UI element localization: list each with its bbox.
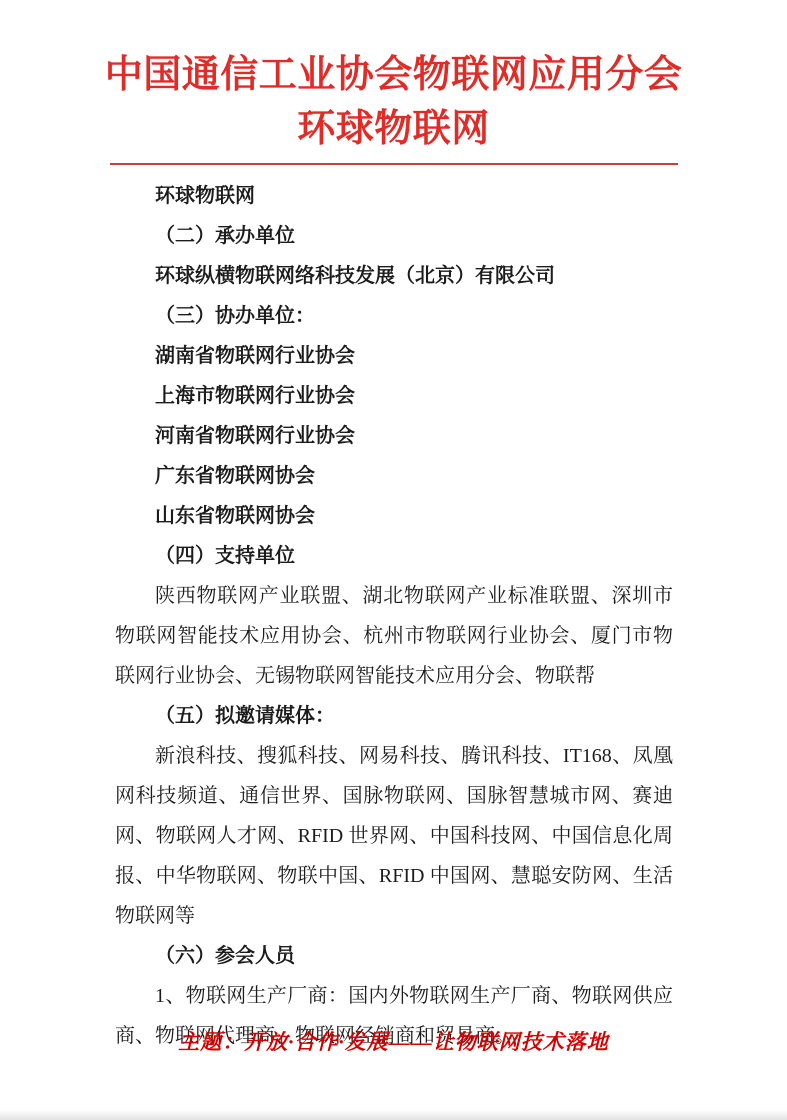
- document-footer: 主题：开放·合作·发展——让物联网技术落地: [0, 1026, 787, 1056]
- section-heading: 山东省物联网协会: [115, 496, 673, 536]
- section-heading: 环球物联网: [115, 176, 673, 216]
- document-body: 环球物联网（二）承办单位环球纵横物联网络科技发展（北京）有限公司（三）协办单位：…: [115, 176, 673, 1056]
- document-title-line2: 环球物联网: [0, 102, 787, 156]
- page-bottom-edge: [0, 1110, 787, 1120]
- section-heading: （五）拟邀请媒体：: [115, 696, 673, 736]
- section-heading: 环球纵横物联网络科技发展（北京）有限公司: [115, 256, 673, 296]
- footer-theme-text: 主题：开放·合作·发展——让物联网技术落地: [178, 1030, 609, 1054]
- section-heading: 广东省物联网协会: [115, 456, 673, 496]
- section-heading: （四）支持单位: [115, 536, 673, 576]
- section-heading: 上海市物联网行业协会: [115, 376, 673, 416]
- section-heading: 湖南省物联网行业协会: [115, 336, 673, 376]
- section-heading: （三）协办单位：: [115, 296, 673, 336]
- document-page: 中国通信工业协会物联网应用分会 环球物联网 环球物联网（二）承办单位环球纵横物联…: [0, 0, 787, 1120]
- section-heading: （六）参会人员: [115, 936, 673, 976]
- section-heading: （二）承办单位: [115, 216, 673, 256]
- title-divider-line: [110, 163, 678, 165]
- body-paragraph: 新浪科技、搜狐科技、网易科技、腾讯科技、IT168、凤凰网科技频道、通信世界、国…: [115, 736, 673, 936]
- document-header: 中国通信工业协会物联网应用分会 环球物联网: [0, 0, 787, 165]
- document-title-line1: 中国通信工业协会物联网应用分会: [0, 0, 787, 102]
- body-paragraph: 陕西物联网产业联盟、湖北物联网产业标准联盟、深圳市物联网智能技术应用协会、杭州市…: [115, 576, 673, 696]
- section-heading: 河南省物联网行业协会: [115, 416, 673, 456]
